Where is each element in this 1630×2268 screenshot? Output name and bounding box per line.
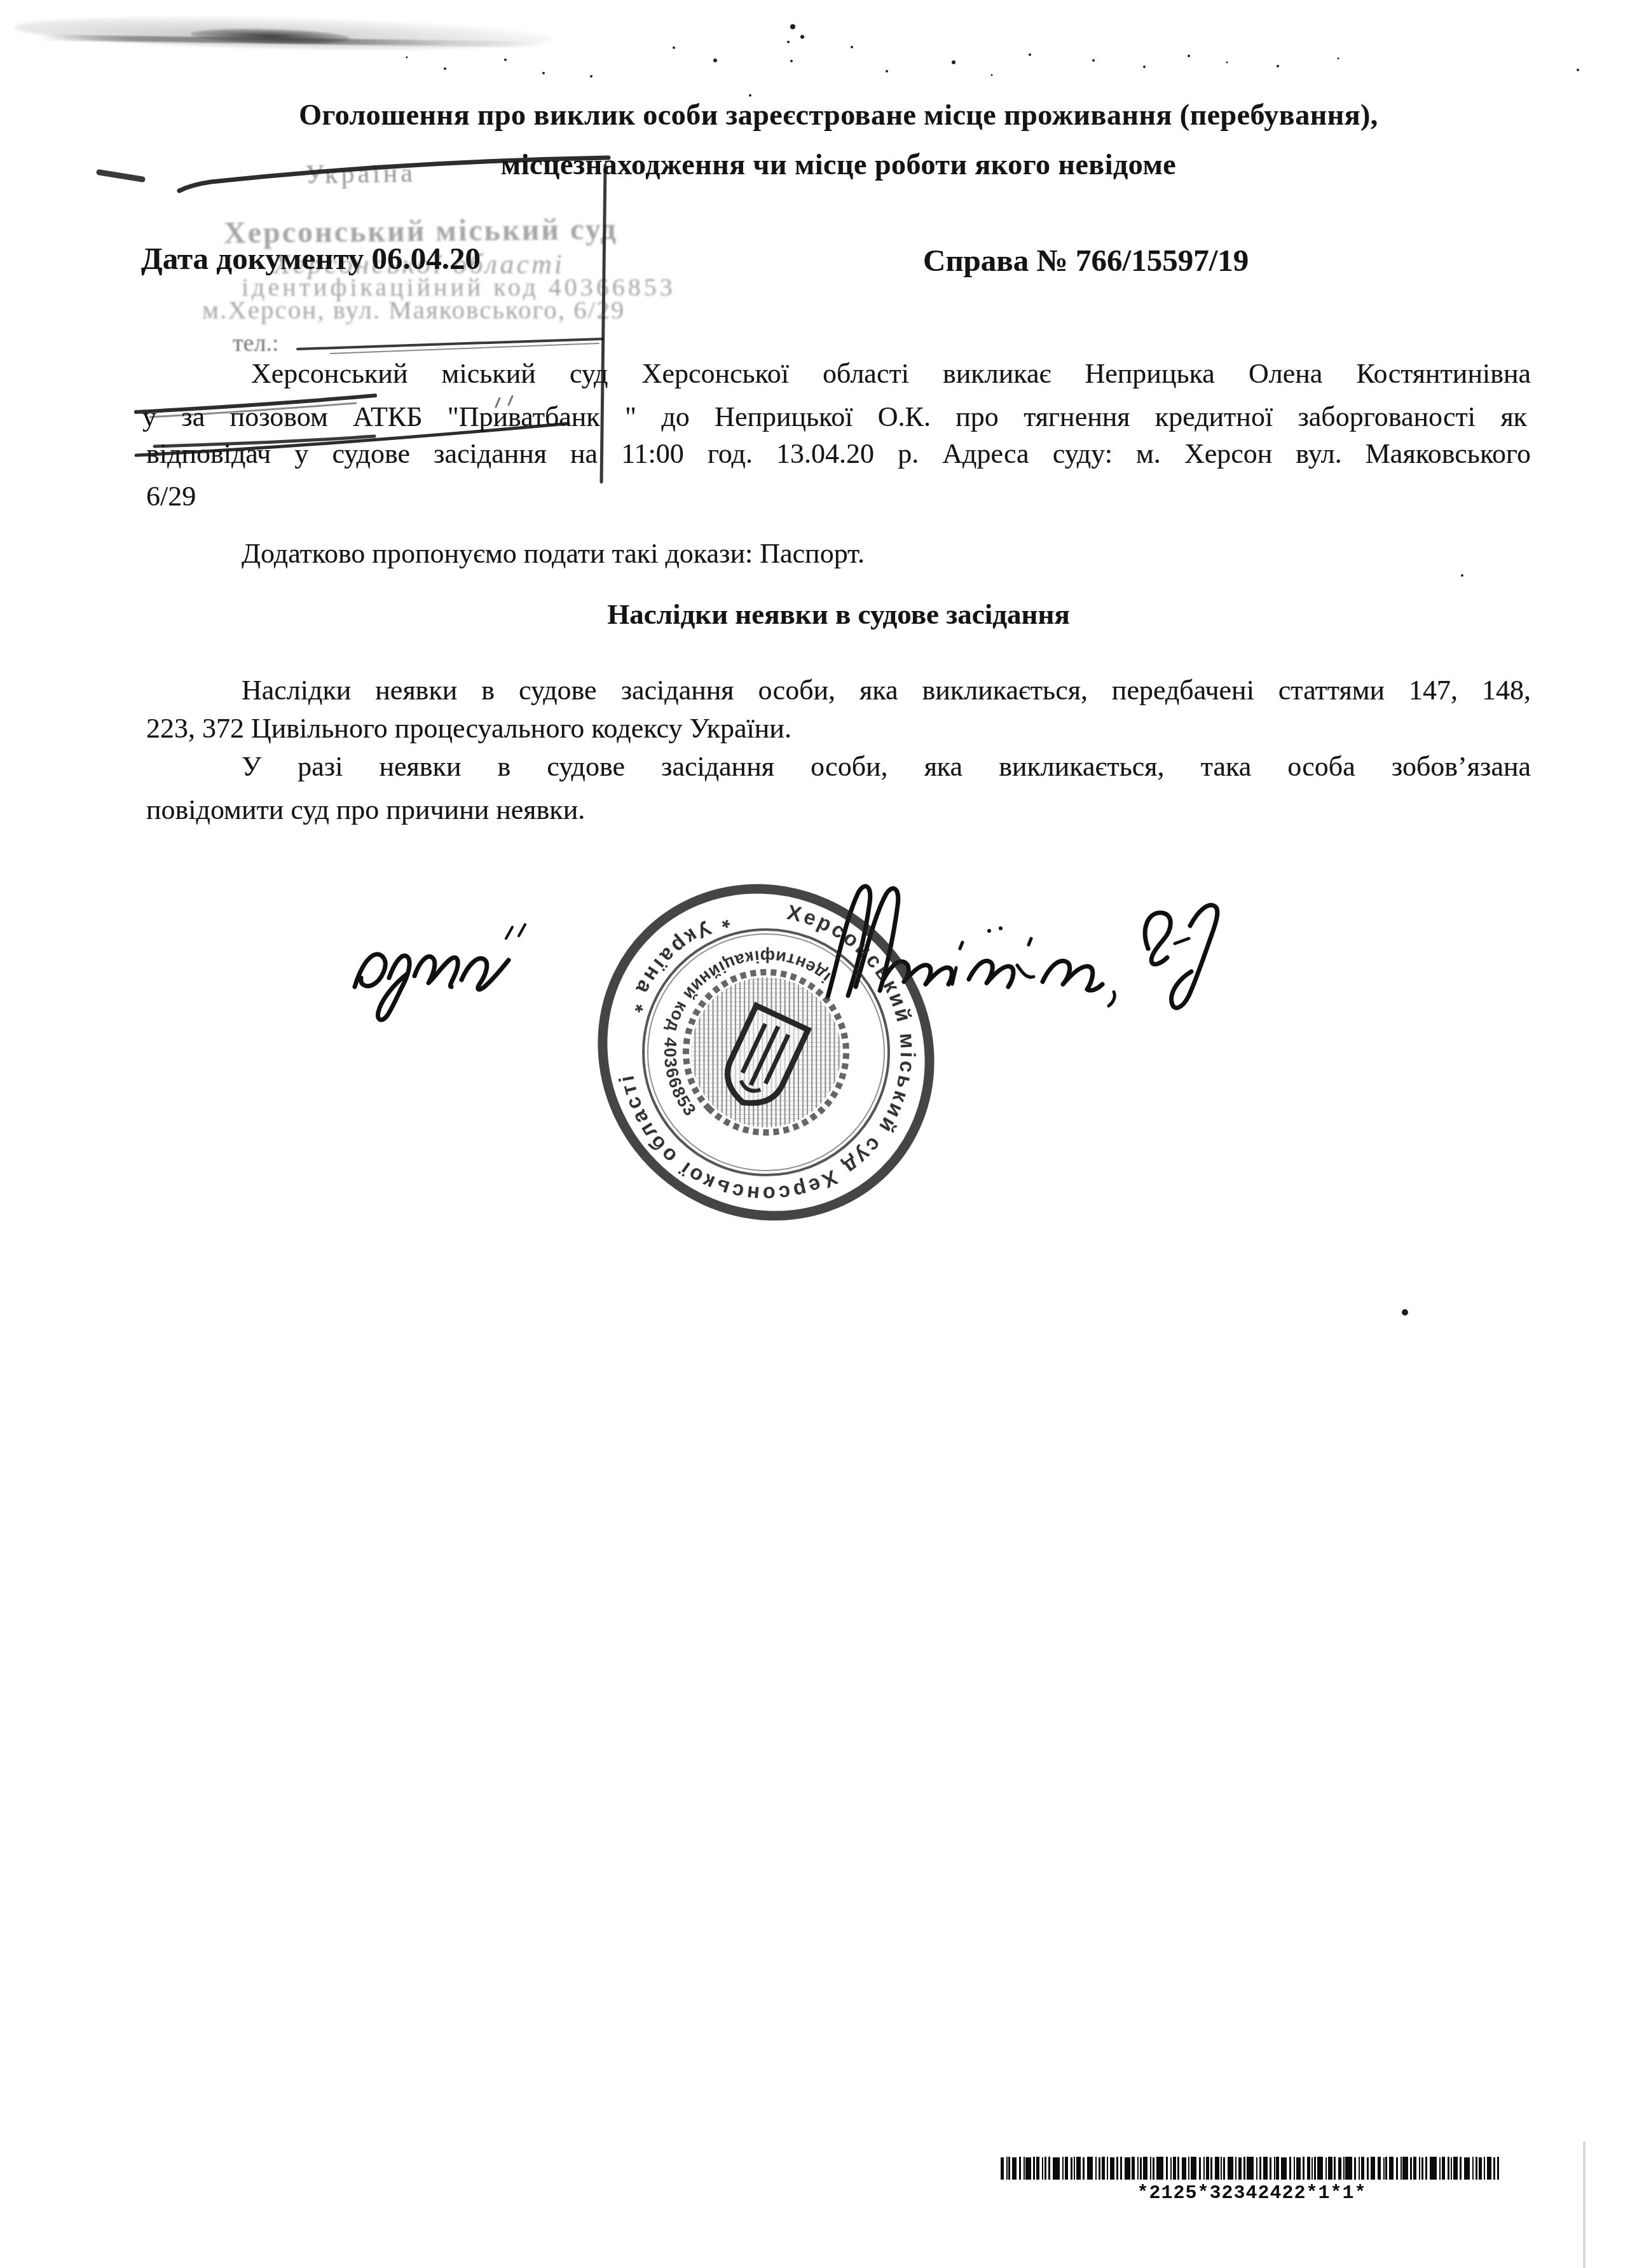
- letterhead-stamp-address: м.Херсон, вул. Маяковського, 6/29: [202, 294, 625, 325]
- barcode: [1001, 2157, 1503, 2182]
- case-value: 766/15597/19: [1076, 243, 1249, 278]
- body-paragraph-line: повідомити суд про причини неявки.: [146, 794, 1531, 827]
- title-line-1: Оголошення про виклик особи зареєстрован…: [146, 90, 1531, 140]
- section-heading: Наслідки неявки в судове засідання: [146, 598, 1531, 631]
- scratch-dash: [99, 172, 142, 179]
- case-number: Справа № 766/15597/19: [923, 242, 1249, 278]
- scan-edge-line: [1583, 2141, 1585, 2268]
- body-paragraph-line: 6/29: [146, 480, 1531, 513]
- document-date: Дата документу 06.04.20: [141, 240, 481, 277]
- barcode-caption: *2125*32342422*1*1*: [1001, 2183, 1503, 2204]
- tel-underline-faint: [331, 343, 599, 354]
- date-value: 06.04.20: [372, 241, 481, 276]
- case-label: Справа №: [923, 243, 1068, 278]
- letterhead-stamp-country: Україна: [305, 158, 416, 190]
- court-seal: Херсонський міський суд Херсонської обла…: [590, 865, 946, 1246]
- date-label: Дата документу: [141, 241, 364, 276]
- scanned-court-document: Оголошення про виклик особи зареєстрован…: [0, 0, 1630, 2268]
- letterhead-stamp-tel-label: тел.:: [233, 329, 279, 357]
- evidence-line: Додатково пропонуємо подати такі докази:…: [146, 537, 1531, 570]
- body-paragraph-line: Наслідки неявки в судове засідання особи…: [146, 674, 1531, 707]
- handwriting-word: [355, 924, 525, 1020]
- tel-underline: [298, 339, 603, 349]
- body-paragraph-line: 223, 372 Цивільного процесуального кодек…: [146, 712, 1531, 745]
- body-paragraph-line: У разі неявки в судове засідання особи, …: [146, 750, 1531, 783]
- barcode-block: *2125*32342422*1*1*: [1001, 2157, 1503, 2204]
- body-paragraph-line: Херсонський міський суд Херсонської обла…: [146, 357, 1531, 390]
- body-paragraph-line: у за позовом АТКБ "Приватбанк " до Непри…: [142, 401, 1527, 434]
- body-paragraph-line: відповідач у судове засідання на 11:00 г…: [146, 437, 1531, 471]
